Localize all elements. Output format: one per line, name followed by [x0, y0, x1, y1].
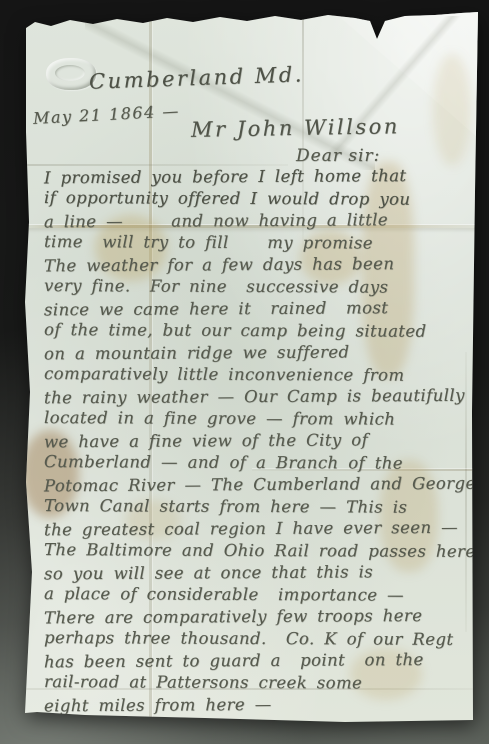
letter-line: since we came here it rained most [44, 297, 474, 322]
letter-paper: Cumberland Md. May 21 1864 — Mr John Wil… [25, 12, 479, 722]
letter-line: perhaps three thousand. Co. K of our Reg… [44, 627, 474, 651]
letter-line: comparatively little inconvenience from [44, 363, 474, 387]
paper-shadow-wrap: Cumberland Md. May 21 1864 — Mr John Wil… [0, 0, 489, 744]
letter-line: There are comparatively few troops here [44, 605, 474, 630]
letter-line: located in a fine grove — from which [44, 407, 474, 431]
letter-line: the rainy weather — Our Camp is beautifu… [44, 385, 474, 410]
letter-date: May 21 1864 — [33, 101, 181, 128]
letter-line: Cumberland — and of a Branch of the [44, 451, 474, 475]
letter-place: Cumberland Md. [89, 62, 305, 93]
letter-photograph: Cumberland Md. May 21 1864 — Mr John Wil… [0, 0, 489, 744]
letter-line: if opportunity offered I would drop you [44, 187, 474, 211]
letter-line: The weather for a few days has been [44, 253, 474, 278]
letter-line: rail-road at Pattersons creek some [44, 671, 474, 695]
letter-recipient: Mr John Willson [191, 114, 400, 142]
letter-line: Potomac River — The Cumberland and Georg… [44, 473, 474, 498]
letter-line: has been sent to guard a point on the [44, 649, 474, 674]
letter-line: a line — and now having a little [44, 209, 474, 234]
letter-line: Town Canal starts from here — This is [44, 495, 474, 519]
letter-line: so you will see at once that this is [44, 561, 474, 586]
letter-body: I promised you before I left home thatif… [44, 166, 474, 716]
letter-line: of the time, but our camp being situated [44, 319, 474, 343]
letter-line: on a mountain ridge we suffered [44, 341, 474, 366]
letter-line: very fine. For nine successive days [44, 275, 474, 299]
letter-line: The Baltimore and Ohio Rail road passes … [44, 539, 474, 563]
letter-line: eight miles from here — [44, 693, 474, 718]
letter-line: we have a fine view of the City of [44, 429, 474, 454]
letter-line: I promised you before I left home that [44, 165, 474, 190]
letter-salutation: Dear sir: [296, 146, 380, 166]
letter-line: time will try to fill my promise [44, 231, 474, 255]
letter-line: the greatest coal region I have ever see… [44, 517, 474, 542]
age-stain [433, 54, 471, 166]
letter-line: a place of considerable importance — [44, 583, 474, 607]
